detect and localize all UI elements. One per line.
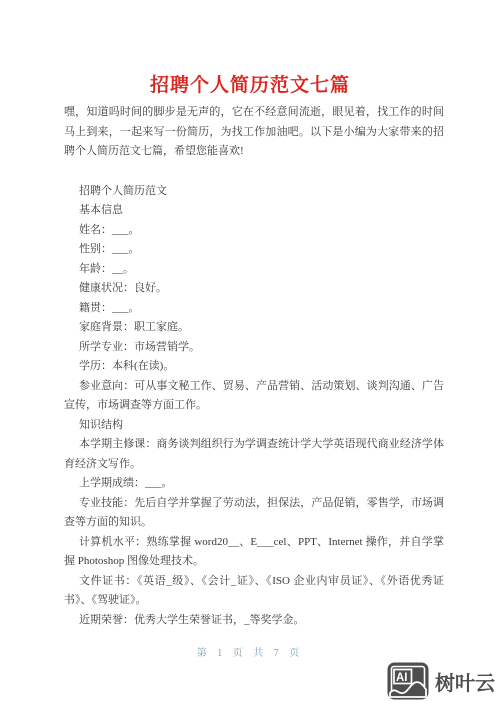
body-paragraph: 近期荣誉：优秀大学生荣誉证书，_等奖学金。 bbox=[64, 611, 444, 631]
body-paragraph: 所学专业：市场营销学。 bbox=[64, 338, 444, 358]
body-paragraph: 学历：本科(在读)。 bbox=[64, 357, 444, 377]
body-paragraph: 招聘个人简历范文 bbox=[64, 182, 444, 202]
document-title: 招聘个人简历范文七篇 bbox=[0, 70, 500, 97]
page-indicator: 第 1 页 共 7 页 bbox=[197, 648, 304, 659]
body-paragraph: 年龄：__。 bbox=[64, 260, 444, 280]
brand-watermark: AI 树叶云 bbox=[387, 662, 495, 700]
body-paragraph: 家庭背景：职工家庭。 bbox=[64, 318, 444, 338]
document-body: 招聘个人简历范文 基本信息 姓名：___。 性别：___。 年龄：__。 健康状… bbox=[64, 182, 444, 631]
page-footer: 第 1 页 共 7 页 bbox=[0, 644, 500, 659]
body-paragraph: 基本信息 bbox=[64, 201, 444, 221]
document-content: 嘿，知道吗时间的脚步是无声的，它在不经意间流逝，眼见着，找工作的时间马上到来，一… bbox=[64, 103, 444, 630]
body-paragraph: 计算机水平：熟练掌握 word20__、E___cel、PPT、Internet… bbox=[64, 533, 444, 572]
document-page: 招聘个人简历范文七篇 嘿，知道吗时间的脚步是无声的，它在不经意间流逝，眼见着，找… bbox=[0, 0, 500, 707]
body-paragraph: 专业技能：先后自学并掌握了劳动法，担保法，产品促销，零售学，市场调查等方面的知识… bbox=[64, 494, 444, 533]
intro-paragraph: 嘿，知道吗时间的脚步是无声的，它在不经意间流逝，眼见着，找工作的时间马上到来，一… bbox=[64, 103, 444, 162]
ai-icon-label: AI bbox=[396, 672, 408, 684]
body-paragraph: 籍贯：___。 bbox=[64, 299, 444, 319]
body-paragraph: 本学期主修课：商务谈判组织行为学调查统计学大学英语现代商业经济学体育经济文写作。 bbox=[64, 435, 444, 474]
body-paragraph: 上学期成绩：___。 bbox=[64, 474, 444, 494]
body-paragraph: 文件证书：《英语_级》、《会计_证》、《ISO 企业内审员证》、《外语优秀证书》… bbox=[64, 572, 444, 611]
body-paragraph: 姓名：___。 bbox=[64, 221, 444, 241]
brand-name: 树叶云 bbox=[435, 667, 495, 696]
body-paragraph: 健康状况：良好。 bbox=[64, 279, 444, 299]
body-paragraph: 参业意向：可从事文秘工作、贸易、产品营销、活动策划、谈判沟通、广告宣传，市场调查… bbox=[64, 377, 444, 416]
body-paragraph: 知识结构 bbox=[64, 416, 444, 436]
ai-image-icon: AI bbox=[387, 662, 429, 700]
body-paragraph: 性别：___。 bbox=[64, 240, 444, 260]
